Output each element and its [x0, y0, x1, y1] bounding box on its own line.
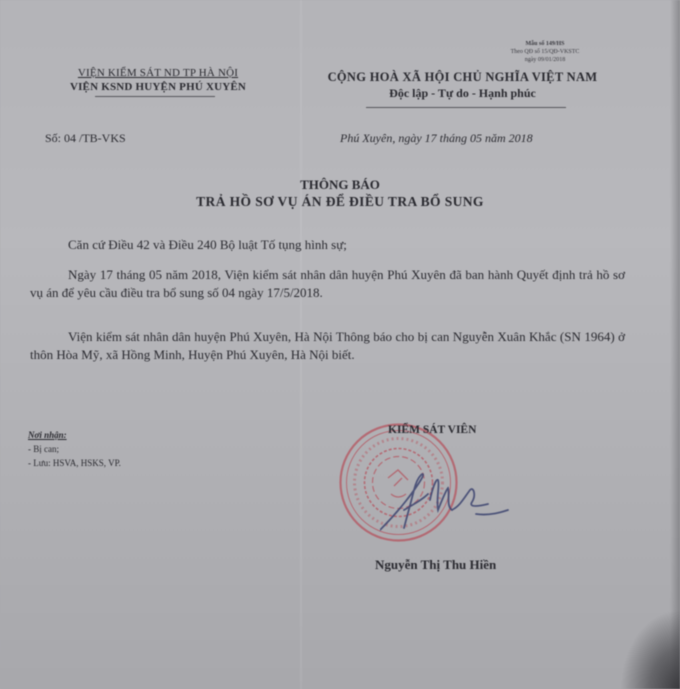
page-edge-shadow: [670, 0, 680, 689]
paragraph-notification: Viện kiểm sát nhân dân huyện Phú Xuyên, …: [30, 328, 625, 363]
agency-underline: [95, 96, 215, 97]
document-number: Số: 04 /TB-VKS: [45, 131, 126, 146]
form-note-line: ngày 09/01/2018: [510, 56, 580, 64]
motto-underline: [366, 107, 566, 108]
nation-motto: Độc lập - Tự do - Hạnh phúc: [290, 85, 635, 101]
form-note-line: Theo QĐ số 15/QĐ-VKSTC: [510, 48, 580, 56]
recipients-heading: Nơi nhận:: [28, 428, 121, 442]
agency-name: VIỆN KSND HUYỆN PHÚ XUYÊN: [18, 80, 298, 94]
agency-parent: VIỆN KIỂM SÁT ND TP HÀ NỘI: [18, 66, 298, 80]
recipients: Nơi nhận: - Bị can; - Lưu: HSVA, HSKS, V…: [28, 428, 121, 470]
place-date: Phú Xuyên, ngày 17 tháng 05 năm 2018: [340, 131, 533, 146]
corner-shadow: [620, 609, 680, 689]
paragraph-legal-basis: Căn cứ Điều 42 và Điều 240 Bộ luật Tố tụ…: [30, 236, 625, 254]
paragraph-decision: Ngày 17 tháng 05 năm 2018, Viện kiểm sát…: [30, 266, 625, 301]
title-line-1: THÔNG BÁO: [0, 176, 680, 193]
signer-name: Nguyễn Thị Thu Hiền: [375, 557, 496, 573]
national-header: CỘNG HOÀ XÃ HỘI CHỦ NGHĨA VIỆT NAM Độc l…: [290, 70, 635, 101]
signature-icon: [380, 470, 530, 540]
document-title: THÔNG BÁO TRẢ HỒ SƠ VỤ ÁN ĐỂ ĐIỀU TRA BỔ…: [0, 176, 680, 210]
signature-title: KIỂM SÁT VIÊN: [388, 424, 476, 436]
title-line-2: TRẢ HỒ SƠ VỤ ÁN ĐỂ ĐIỀU TRA BỔ SUNG: [0, 193, 680, 210]
document-paper: Mẫu số 149/HS Theo QĐ số 15/QĐ-VKSTC ngà…: [0, 0, 680, 689]
recipient-item: - Lưu: HSVA, HSKS, VP.: [28, 456, 121, 470]
recipient-item: - Bị can;: [28, 442, 121, 456]
nation-name: CỘNG HOÀ XÃ HỘI CHỦ NGHĨA VIỆT NAM: [290, 70, 635, 85]
form-note: Mẫu số 149/HS Theo QĐ số 15/QĐ-VKSTC ngà…: [510, 40, 580, 64]
form-note-line: Mẫu số 149/HS: [510, 40, 580, 48]
issuing-agency: VIỆN KIỂM SÁT ND TP HÀ NỘI VIỆN KSND HUY…: [18, 66, 298, 94]
